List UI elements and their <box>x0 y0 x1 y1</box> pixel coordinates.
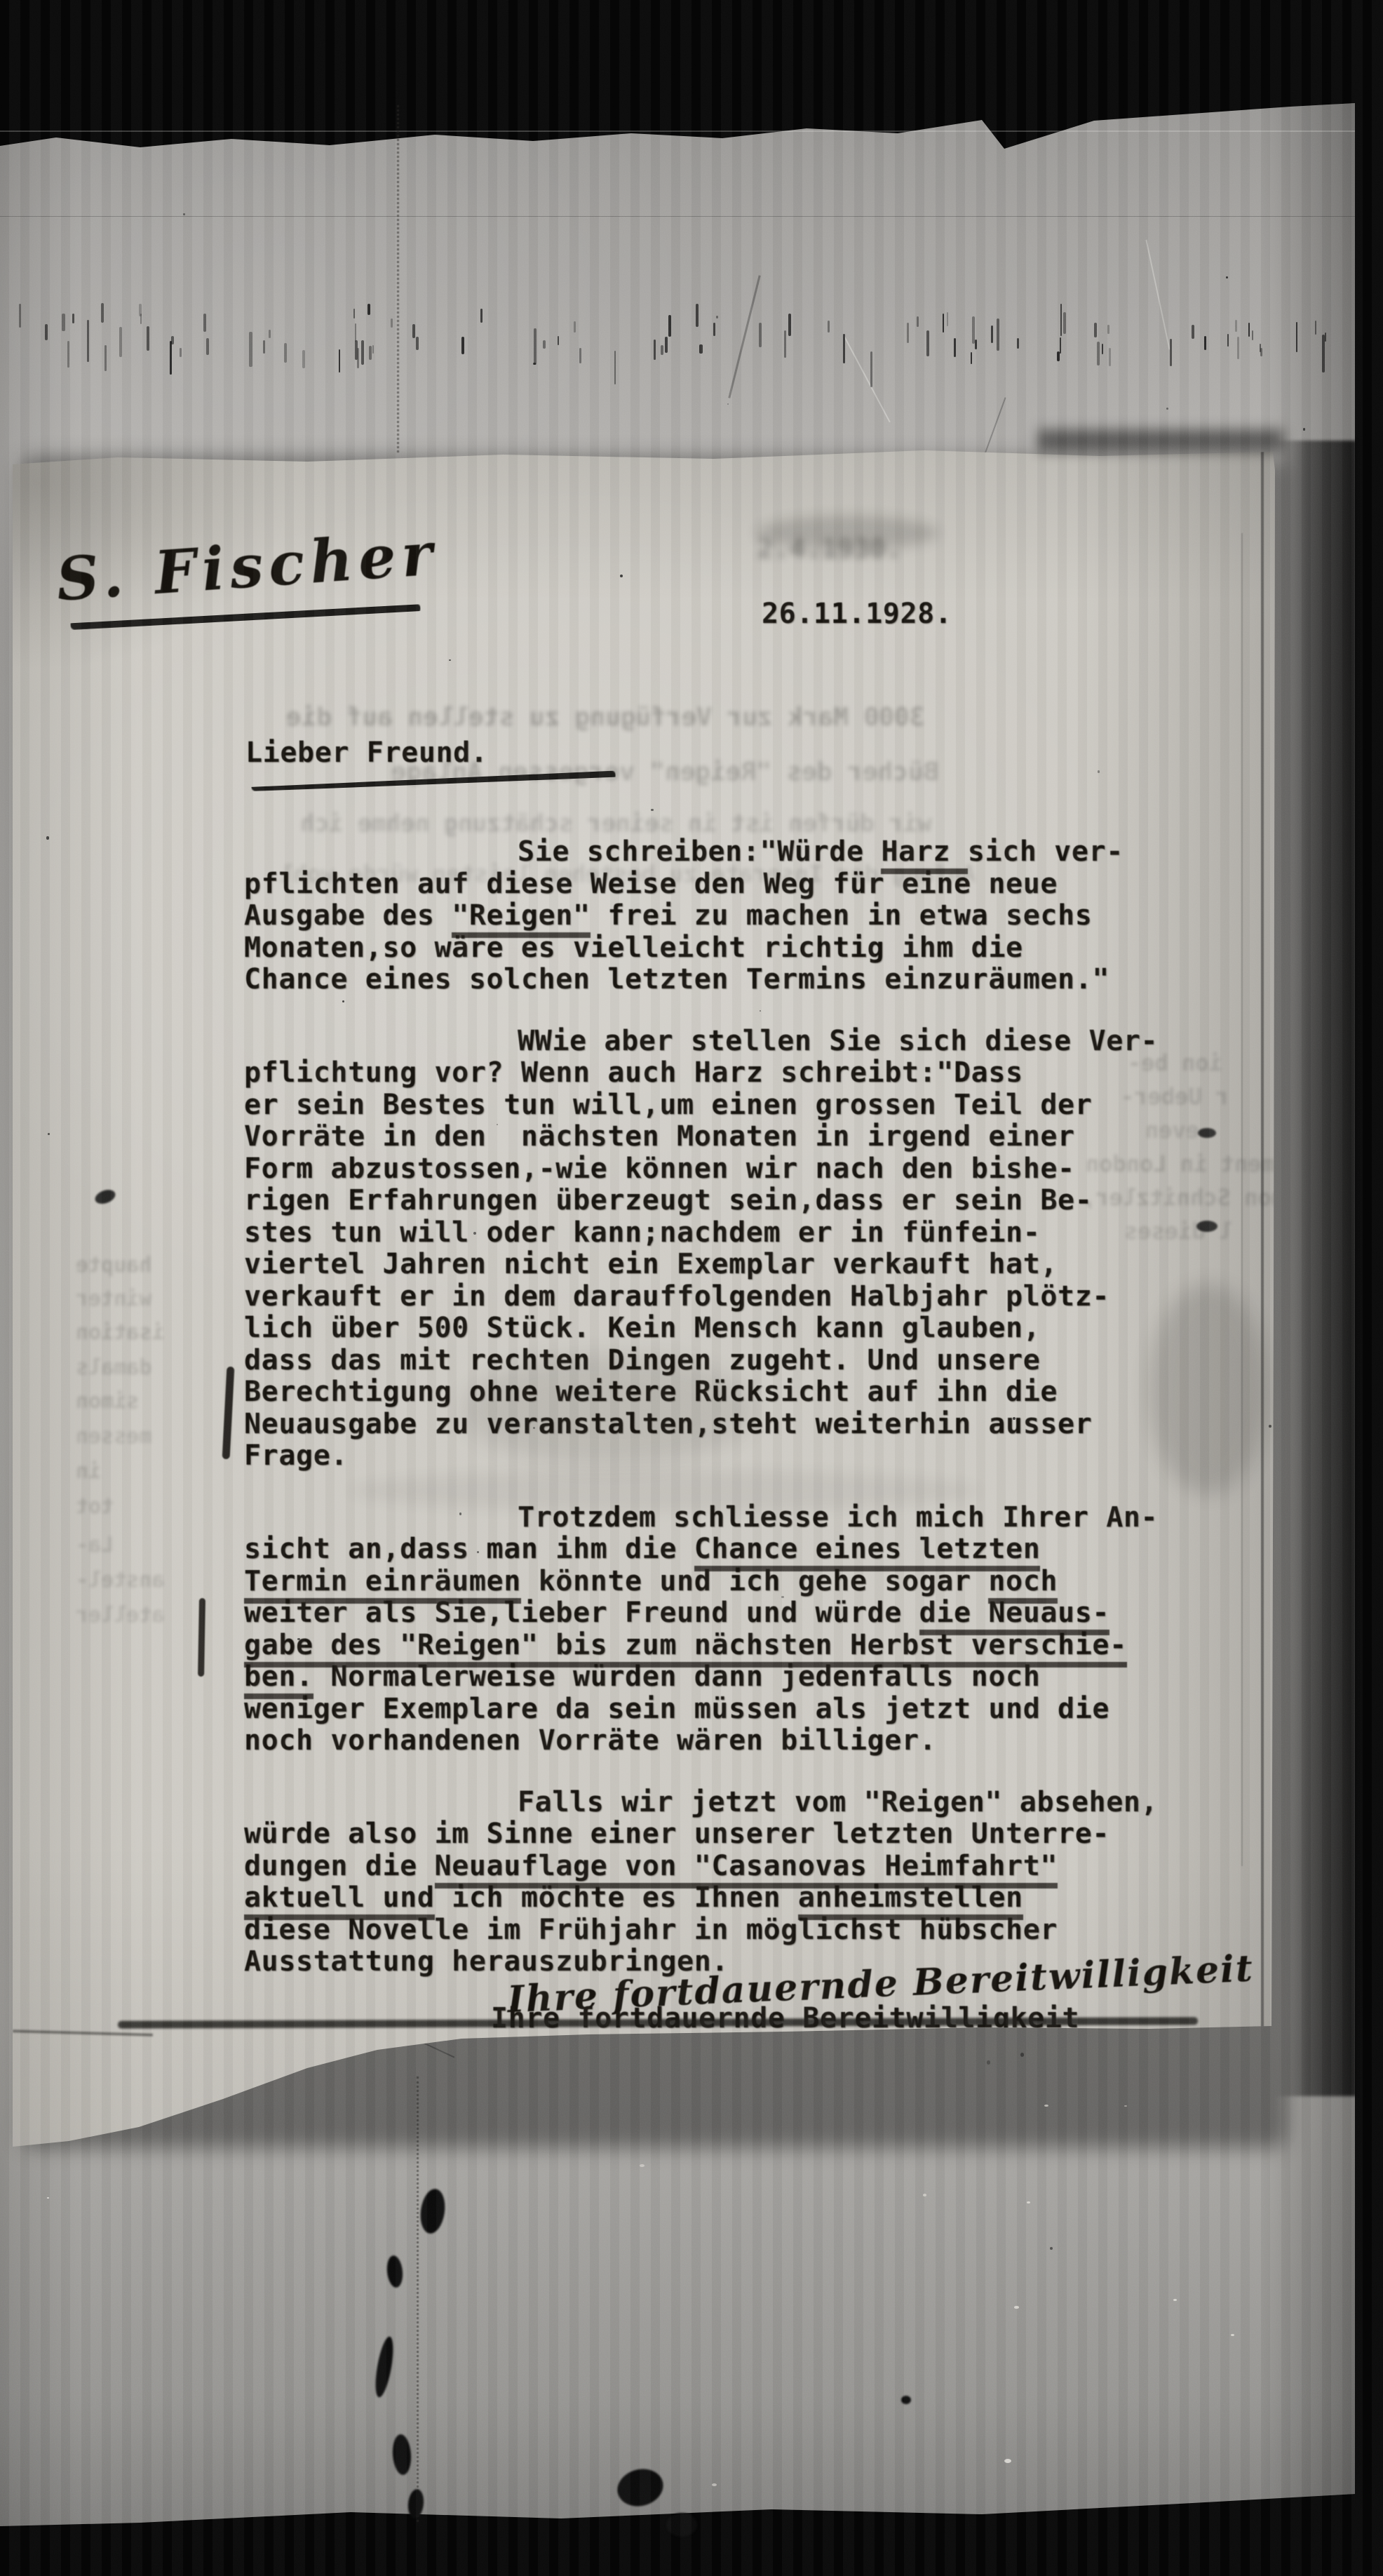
sprocket-tick <box>926 330 929 356</box>
ghost-text-fragment: isation <box>76 1320 230 1345</box>
sprocket-tick <box>1107 325 1109 334</box>
sprocket-tick <box>1237 337 1240 358</box>
ghost-text-fragment: anstel- <box>76 1568 230 1592</box>
sprocket-tick <box>558 336 559 344</box>
letter-line: Monaten,so wäre es vielleicht richtig ih… <box>244 932 1275 965</box>
dust-speck <box>183 213 184 215</box>
signature-handwriting: S. Fischer <box>54 518 440 615</box>
dust-speck <box>1226 276 1227 278</box>
sprocket-tick <box>543 340 546 349</box>
sprocket-tick <box>870 351 873 387</box>
sprocket-tick <box>1296 322 1297 352</box>
sprocket-tick <box>954 338 956 357</box>
ghost-text-fragment: tot <box>76 1494 230 1519</box>
letter-line: lich über 500 Stück. Kein Mensch kann gl… <box>244 1313 1275 1345</box>
dust-speck <box>1020 2053 1024 2056</box>
sprocket-tick <box>971 352 973 364</box>
sprocket-tick <box>355 323 356 342</box>
ghost-text-fragment: messen <box>76 1424 230 1449</box>
page-right-shadow <box>1275 441 1356 2096</box>
sprocket-tick <box>119 327 121 357</box>
dust-speck <box>716 316 718 318</box>
sprocket-tick <box>1109 348 1111 366</box>
letter-line: Sie schreiben:"Würde Harz sich ver- <box>244 836 1275 868</box>
dust-speck <box>297 1638 300 1641</box>
sprocket-tick <box>713 323 716 335</box>
ink-blot <box>901 2396 911 2404</box>
sprocket-tick <box>1097 342 1100 365</box>
sprocket-tick <box>1315 321 1316 335</box>
sprocket-tick <box>372 345 374 354</box>
sprocket-tick <box>206 338 209 355</box>
sprocket-tick <box>361 340 364 365</box>
letter-line: aktuell und ich möchte es Ihnen anheimst… <box>244 1882 1275 1914</box>
sprocket-tick <box>668 315 670 337</box>
letter-line: rigen Erfahrungen überzeugt sein,dass er… <box>244 1185 1275 1217</box>
sprocket-tick <box>1248 323 1250 337</box>
letter-line: diese Novelle im Frühjahr in möglichst h… <box>244 1914 1275 1947</box>
sprocket-tick <box>661 345 663 355</box>
letter-line: gabe des "Reigen" bis zum nächsten Herbs… <box>244 1630 1275 1662</box>
sprocket-tick <box>87 320 89 362</box>
scanned-letter-photograph: 3000 Mark zur Verfügung zu stellen auf d… <box>0 0 1383 2576</box>
page-edge-line <box>1261 449 1264 2027</box>
sprocket-tick <box>249 332 252 367</box>
sprocket-tick <box>1227 334 1229 347</box>
sprocket-tick <box>302 350 305 368</box>
sprocket-tick <box>947 312 948 327</box>
dust-speck <box>533 363 535 365</box>
ghost-text-fragment: La- <box>76 1533 230 1557</box>
sprocket-tick <box>828 321 830 333</box>
paragraph: Sie schreiben:"Würde Harz sich ver-pflic… <box>244 836 1275 996</box>
sprocket-tick <box>1252 330 1253 340</box>
letter-line: pflichten auf diese Weise den Weg für ei… <box>244 868 1275 901</box>
letter-line: dass das mit rechten Dingen zugeht. Und … <box>244 1345 1275 1377</box>
dust-speck <box>923 2194 926 2196</box>
ghost-date-bleed: 2.4.1930. <box>757 533 902 564</box>
sprocket-tick <box>1063 312 1065 333</box>
ghost-text-fragment: haupte <box>76 1253 230 1277</box>
paragraph: WWie aber stellen Sie sich diese Ver-pfl… <box>244 1026 1275 1473</box>
dust-speck <box>577 1068 579 1070</box>
dust-speck <box>1269 1425 1271 1428</box>
dust-speck <box>1014 2306 1018 2309</box>
letter-page: 3000 Mark zur Verfügung zu stellen auf d… <box>13 449 1275 2147</box>
sprocket-tick <box>654 340 656 360</box>
margin-pen-stroke <box>222 1367 235 1459</box>
sprocket-tick <box>101 303 104 323</box>
letter-line: er sein Bestes tun will,um einen grossen… <box>244 1089 1275 1122</box>
sprocket-tick <box>1060 304 1062 336</box>
sprocket-tick <box>534 328 537 365</box>
sprocket-tick <box>461 337 464 354</box>
ghost-text-fragment: in <box>76 1459 230 1484</box>
letter-line: würde also im Sinne einer unserer letzte… <box>244 1818 1275 1851</box>
salutation-underline <box>251 770 616 791</box>
sprocket-tick <box>203 314 206 333</box>
letter-line: Neuausgabe zu veranstalten,steht weiterh… <box>244 1409 1275 1441</box>
letter-line: Trotzdem schliesse ich mich Ihrer An- <box>244 1502 1275 1534</box>
ink-mark <box>93 1187 117 1206</box>
letter-line: Form abzustossen,-wie können wir nach de… <box>244 1153 1275 1186</box>
sprocket-tick <box>1260 344 1262 352</box>
sprocket-tick <box>788 314 791 335</box>
sprocket-tick <box>1102 344 1103 355</box>
sprocket-tick <box>997 318 999 351</box>
sprocket-tick <box>391 318 393 328</box>
margin-pen-stroke <box>198 1598 205 1677</box>
sprocket-tick <box>140 314 142 324</box>
sprocket-tick <box>991 326 994 343</box>
letter-line: dungen die Neuauflage von "Casanovas Hei… <box>244 1851 1275 1883</box>
ink-mark <box>1198 1128 1216 1138</box>
sprocket-tick <box>1192 325 1194 339</box>
dust-speck <box>640 2164 644 2167</box>
sprocket-tick <box>147 326 149 351</box>
sprocket-tick <box>1322 335 1324 373</box>
ink-mark <box>1196 1221 1217 1232</box>
dust-speck <box>1004 2459 1011 2463</box>
letter-line: Frage. <box>244 1440 1275 1473</box>
letter-line: weiter als Sie,lieber Freund und würde d… <box>244 1597 1275 1630</box>
sprocket-tick <box>574 321 576 333</box>
sprocket-tick <box>1204 336 1206 350</box>
letter-date: 26.11.1928. <box>762 598 952 630</box>
letter-body: Sie schreiben:"Würde Harz sich ver-pflic… <box>244 836 1275 2008</box>
sprocket-tick <box>907 323 908 343</box>
sprocket-tick <box>1017 338 1019 349</box>
letter-line: weniger Exemplare da sein müssen als jet… <box>244 1693 1275 1726</box>
sprocket-tick <box>784 330 785 358</box>
ghost-text-fragment: damals <box>76 1355 230 1380</box>
sprocket-tick <box>180 348 182 357</box>
salutation: Lieber Freund. <box>245 737 488 769</box>
letter-line: sicht an,dass man ihm die Chance eines l… <box>244 1534 1275 1566</box>
sprocket-tick <box>355 340 358 360</box>
sprocket-tick <box>104 345 107 372</box>
ghost-text-fragment: 3000 Mark zur Verfügung zu stellen auf d… <box>286 703 924 732</box>
sprocket-tick <box>269 330 271 338</box>
sprocket-tick <box>975 340 977 349</box>
sprocket-tick <box>339 349 340 372</box>
ghost-text-fragment: simon <box>76 1389 230 1414</box>
sprocket-tick <box>696 304 699 327</box>
letter-line: pflichtung vor? Wenn auch Harz schreibt:… <box>244 1057 1275 1089</box>
letter-line: viertel Jahren nicht ein Exemplar verkau… <box>244 1249 1275 1281</box>
paragraph: Falls wir jetzt vom "Reigen" absehen,wür… <box>244 1787 1275 1978</box>
paragraph: Trotzdem schliesse ich mich Ihrer An-sic… <box>244 1502 1275 1757</box>
page-top-shadow <box>1038 429 1283 452</box>
sprocket-tick <box>284 343 287 363</box>
dust-speck <box>473 1232 476 1235</box>
sprocket-tick <box>699 344 702 353</box>
ghost-text-fragment: winter <box>76 1287 230 1311</box>
sprocket-tick <box>943 314 945 333</box>
letter-line: Berechtigung ohne weitere Rücksicht auf … <box>244 1376 1275 1409</box>
sprocket-tick <box>45 324 48 340</box>
sprocket-tick <box>1060 337 1062 353</box>
page-edge-line <box>1241 533 1243 1866</box>
letter-line: stes tun will oder kann;nachdem er in fü… <box>244 1217 1275 1249</box>
sprocket-tick <box>480 309 483 323</box>
letter-line: Chance eines solchen letzten Termins ein… <box>244 964 1275 996</box>
ghost-text-fragment: ateller <box>76 1603 230 1628</box>
letter-line: Falls wir jetzt vom "Reigen" absehen, <box>244 1787 1275 1819</box>
sprocket-tick <box>367 304 370 315</box>
sprocket-tick <box>19 304 21 328</box>
letter-line: noch vorhandenen Vorräte wären billiger. <box>244 1725 1275 1757</box>
sprocket-tick <box>759 323 761 348</box>
sprocket-tick <box>72 314 74 323</box>
letter-line: Vorräte in den nächsten Monaten in irgen… <box>244 1121 1275 1153</box>
sprocket-tick <box>917 316 919 327</box>
dust-speck <box>1173 2299 1177 2301</box>
sprocket-tick <box>1094 323 1097 338</box>
sprocket-tick <box>67 341 69 368</box>
letter-line: Termin einräumen könnte und ich gehe sog… <box>244 1566 1275 1598</box>
sprocket-tick <box>665 337 668 353</box>
sprocket-tick <box>412 324 415 337</box>
sprocket-tick <box>843 334 845 364</box>
torn-edge-smear <box>13 2030 153 2037</box>
dust-speck <box>477 1551 479 1553</box>
sprocket-tick <box>1325 333 1326 342</box>
sprocket-tick <box>171 336 174 345</box>
sprocket-tick <box>170 341 172 375</box>
sprocket-tick <box>369 346 372 359</box>
letter-line: verkauft er in dem darauffolgenden Halbj… <box>244 1281 1275 1313</box>
letter-line: Ausgabe des "Reigen" frei zu machen in e… <box>244 900 1275 932</box>
dust-speck <box>712 2483 717 2486</box>
ink-blot <box>666 2513 697 2537</box>
sprocket-tick <box>1170 339 1172 366</box>
dust-speck <box>48 1133 50 1135</box>
dust-speck <box>781 1596 784 1599</box>
ghost-text-fragment: wir dürfen ist in seiner schätzung nehme… <box>300 810 932 838</box>
sprocket-tick <box>579 348 581 363</box>
sprocket-tick <box>1235 320 1237 332</box>
dust-speck <box>46 836 49 839</box>
sprocket-tick <box>972 316 975 344</box>
sprocket-tick <box>263 340 265 353</box>
dust-speck <box>454 1319 456 1321</box>
backing-seam-top <box>397 105 399 452</box>
dust-speck <box>1027 2201 1030 2203</box>
dust-speck <box>987 2060 990 2064</box>
sprocket-tick <box>416 337 419 350</box>
sprocket-tick <box>62 314 65 331</box>
letter-line: WWie aber stellen Sie sich diese Ver- <box>244 1026 1275 1058</box>
